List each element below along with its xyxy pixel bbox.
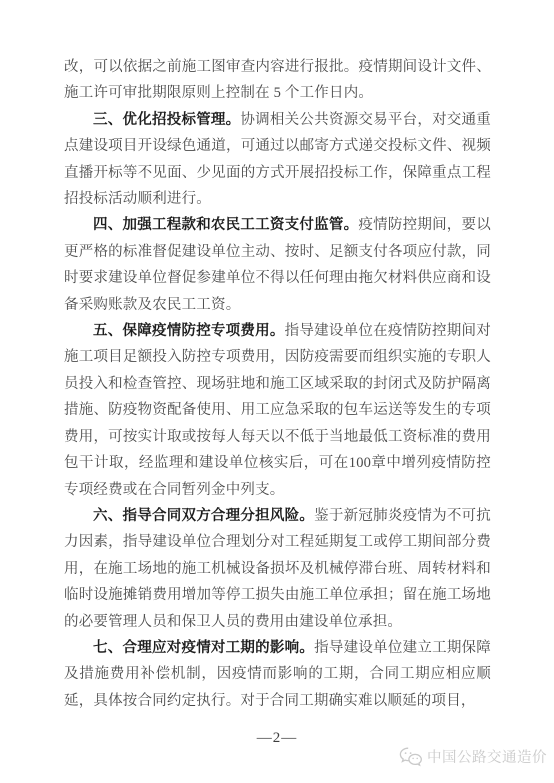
paragraph-continuation: 改，可以依据之前施工图审查内容进行报批。疫情期间设计文件、施工许可审批期限原则上… <box>64 54 491 107</box>
watermark: 中国公路交通造价 <box>399 746 547 767</box>
section-heading: 七、合理应对疫情对工期的影响。 <box>93 640 314 656</box>
document-page: 改，可以依据之前施工图审查内容进行报批。疫情期间设计文件、施工许可审批期限原则上… <box>0 0 554 783</box>
section-heading: 四、加强工程款和农民工工资支付监管。 <box>93 217 358 233</box>
section-heading: 六、指导合同双方合理分担风险。 <box>93 508 314 524</box>
paragraph-section-6: 六、指导合同双方合理分担风险。鉴于新冠肺炎疫情为不可抗力因素，指导建设单位合理划… <box>64 503 491 635</box>
paragraph-section-3: 三、优化招投标管理。协调相关公共资源交易平台，对交通重点建设项目开设绿色通道，可… <box>64 107 491 213</box>
document-body: 改，可以依据之前施工图审查内容进行报批。疫情期间设计文件、施工许可审批期限原则上… <box>64 54 491 714</box>
paragraph-text: 鉴于新冠肺炎疫情为不可抗力因素，指导建设单位合理划分对工程延期复工或停工期间部分… <box>64 508 491 630</box>
page-number: —2— <box>0 730 554 747</box>
paragraph-section-7: 七、合理应对疫情对工期的影响。指导建设单位建立工期保障及措施费用补偿机制，因疫情… <box>64 635 491 714</box>
paragraph-section-5: 五、保障疫情防控专项费用。指导建设单位在疫情防控期间对施工项目足额投入防控专项费… <box>64 318 491 503</box>
paragraph-section-4: 四、加强工程款和农民工工资支付监管。疫情防控期间，要以更严格的标准督促建设单位主… <box>64 212 491 318</box>
paragraph-text: 指导建设单位在疫情防控期间对施工项目足额投入防控专项费用，因防疫需要而组织实施的… <box>64 323 491 497</box>
wechat-icon <box>399 747 423 767</box>
section-heading: 五、保障疫情防控专项费用。 <box>93 323 285 339</box>
section-heading: 三、优化招投标管理。 <box>93 112 240 128</box>
paragraph-text: 改，可以依据之前施工图审查内容进行报批。疫情期间设计文件、施工许可审批期限原则上… <box>64 59 491 101</box>
watermark-text: 中国公路交通造价 <box>427 746 547 767</box>
